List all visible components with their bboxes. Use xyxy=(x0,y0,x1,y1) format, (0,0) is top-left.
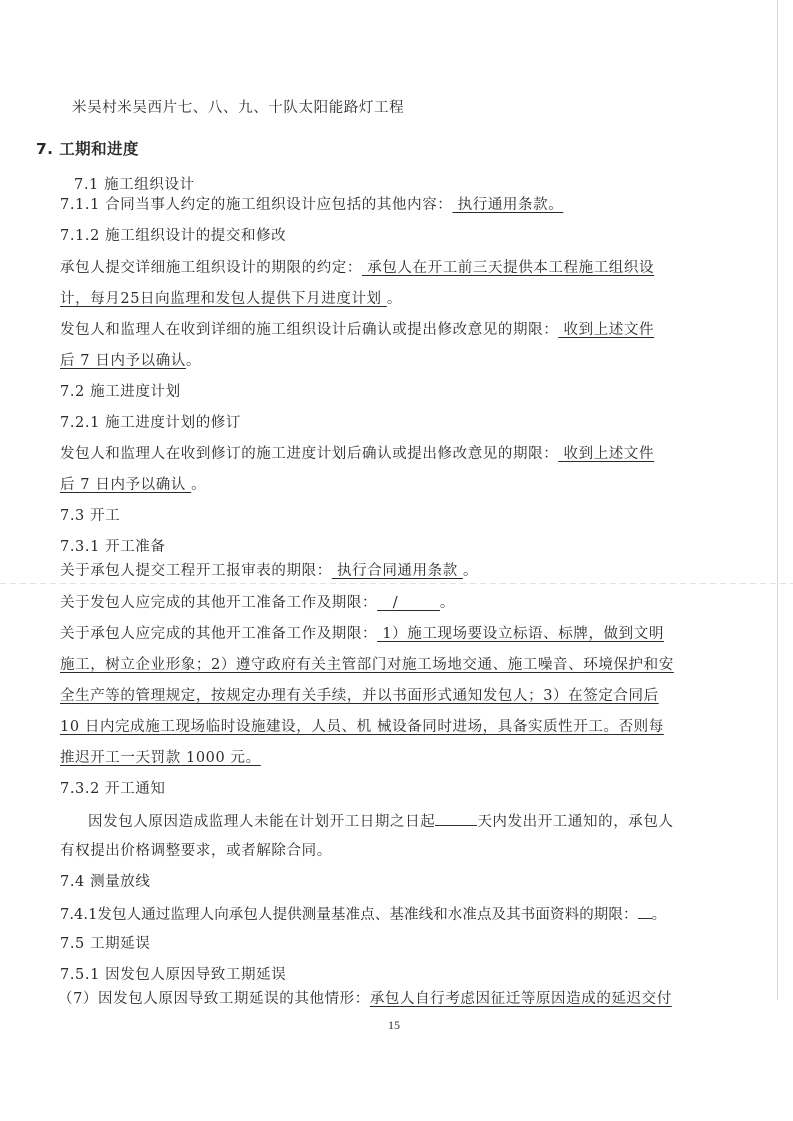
days-blank xyxy=(435,811,477,826)
punct: 。 xyxy=(652,907,667,923)
punct: 。 xyxy=(191,477,206,493)
clause-7-3-1-contractor: 关于承包人应完成的其他开工准备工作及期限： 1）施工现场要设立标语、标牌，做到文… xyxy=(60,625,664,643)
section-7-5-heading: 7.5 工期延误 xyxy=(60,935,150,953)
clause-7-1-2-submit-cont: 计，每月25日向监理和发包人提供下月进度计划 。 xyxy=(60,290,402,308)
clause-7-1-2-confirm: 发包人和监理人在收到详细的施工组织设计后确认或提出修改意见的期限： 收到上述文件 xyxy=(60,321,654,339)
survey-blank xyxy=(638,904,652,919)
employer-label: 关于发包人应完成的其他开工准备工作及期限： xyxy=(60,595,377,611)
section-7-3-1-heading: 7.3.1 开工准备 xyxy=(60,538,166,556)
clause-7-3-1-report: 关于承包人提交工程开工报审表的期限： 执行合同通用条款 。 xyxy=(60,562,478,580)
submit-label: 承包人提交详细施工组织设计的期限的约定： xyxy=(60,260,362,276)
contractor-line-4: 10 日内完成施工现场临时设施建设，人员、机 械设备同时进场，具备实质性开工。否… xyxy=(60,718,664,736)
revision-label: 发包人和监理人在收到修订的施工进度计划后确认或提出修改意见的期限： xyxy=(60,446,558,462)
project-name: 米吴村米吴西片七、八、九、十队太阳能路灯工程 xyxy=(72,99,404,117)
section-7-1-heading: 7.1 施工组织设计 xyxy=(74,176,195,194)
revision-value-2: 后 7 日内予以确认 xyxy=(60,477,191,493)
clause-7-1-1: 7.1.1 合同当事人约定的施工组织设计应包括的其他内容： 执行通用条款。 xyxy=(60,196,563,214)
punct: 。 xyxy=(463,563,478,579)
employer-value: / xyxy=(377,595,440,611)
contractor-line-1: 1）施工现场要设立标语、标牌，做到文明 xyxy=(377,626,664,642)
clause-7-4-1: 7.4.1发包人通过监理人向承包人提供测量基准点、基准线和水准点及其书面资料的期… xyxy=(60,904,666,924)
confirm-label: 发包人和监理人在收到详细的施工组织设计后确认或提出修改意见的期限： xyxy=(60,322,558,338)
survey-label: 7.4.1发包人通过监理人向承包人提供测量基准点、基准线和水准点及其书面资料的期… xyxy=(60,907,638,923)
submit-value-1: 承包人在开工前三天提供本工程施工组织设 xyxy=(362,260,654,276)
page-edge-line xyxy=(777,0,778,1000)
section-7-2-1-heading: 7.2.1 施工进度计划的修订 xyxy=(60,414,241,432)
contractor-line-5: 推迟开工一天罚款 1000 元。 xyxy=(60,749,261,767)
report-value: 执行合同通用条款 xyxy=(332,563,463,579)
submit-value-2: 计，每月25日向监理和发包人提供下月进度计划 xyxy=(60,291,387,307)
section-7-3-2-heading: 7.3.2 开工通知 xyxy=(60,780,166,798)
item7-label: （7）因发包人原因导致工期延误的其他情形： xyxy=(58,991,370,1007)
contractor-label: 关于承包人应完成的其他开工准备工作及期限： xyxy=(60,626,377,642)
clause-7-1-2-confirm-cont: 后 7 日内予以确认。 xyxy=(60,352,201,370)
clause-7-1-2-submit: 承包人提交详细施工组织设计的期限的约定： 承包人在开工前三天提供本工程施工组织设 xyxy=(60,259,654,277)
section-7-title: 7. 工期和进度 xyxy=(36,140,139,158)
clause-7-1-1-label: 7.1.1 合同当事人约定的施工组织设计应包括的其他内容： xyxy=(60,197,452,213)
page-number: 15 xyxy=(388,1018,400,1033)
notice-text-2: 天内发出开工通知的，承包人 xyxy=(477,814,673,830)
clause-7-2-1: 发包人和监理人在收到修订的施工进度计划后确认或提出修改意见的期限： 收到上述文件 xyxy=(60,445,654,463)
clause-7-5-1-item-7: （7）因发包人原因导致工期延误的其他情形：承包人自行考虑因征迁等原因造成的延迟交… xyxy=(58,990,672,1008)
clause-7-3-2-cont: 有权提出价格调整要求，或者解除合同。 xyxy=(60,842,332,860)
section-7-4-heading: 7.4 测量放线 xyxy=(60,873,150,891)
punct: 。 xyxy=(387,291,402,307)
clause-7-1-1-value: 执行通用条款。 xyxy=(452,197,563,213)
confirm-value-1: 收到上述文件 xyxy=(558,322,654,338)
item7-value: 承包人自行考虑因征迁等原因造成的延迟交付 xyxy=(370,991,672,1007)
document-page: 米吴村米吴西片七、八、九、十队太阳能路灯工程 7. 工期和进度 7.1 施工组织… xyxy=(0,0,793,1121)
punct: 。 xyxy=(186,353,201,369)
contractor-line-3: 全生产等的管理规定，按规定办理有关手续，并以书面形式通知发包人；3）在签定合同后 xyxy=(60,687,659,705)
section-7-5-1-heading: 7.5.1 因发包人原因导致工期延误 xyxy=(60,966,286,984)
report-label: 关于承包人提交工程开工报审表的期限： xyxy=(60,563,332,579)
confirm-value-2: 后 7 日内予以确认 xyxy=(60,353,186,369)
section-7-2-heading: 7.2 施工进度计划 xyxy=(60,383,181,401)
clause-7-3-1-employer: 关于发包人应完成的其他开工准备工作及期限： / 。 xyxy=(60,594,455,612)
section-7-3-heading: 7.3 开工 xyxy=(60,507,120,525)
revision-value-1: 收到上述文件 xyxy=(558,446,654,462)
notice-text-1: 因发包人原因造成监理人未能在计划开工日期之日起 xyxy=(88,814,435,830)
contractor-line-2: 施工，树立企业形象；2）遵守政府有关主管部门对施工场地交通、施工噪音、环境保护和… xyxy=(60,656,674,674)
clause-7-3-2: 因发包人原因造成监理人未能在计划开工日期之日起天内发出开工通知的，承包人 xyxy=(88,811,674,831)
clause-7-2-1-cont: 后 7 日内予以确认 。 xyxy=(60,476,206,494)
punct: 。 xyxy=(440,595,455,611)
scan-artifact-line xyxy=(0,583,793,584)
section-7-1-2-heading: 7.1.2 施工组织设计的提交和修改 xyxy=(60,227,286,245)
